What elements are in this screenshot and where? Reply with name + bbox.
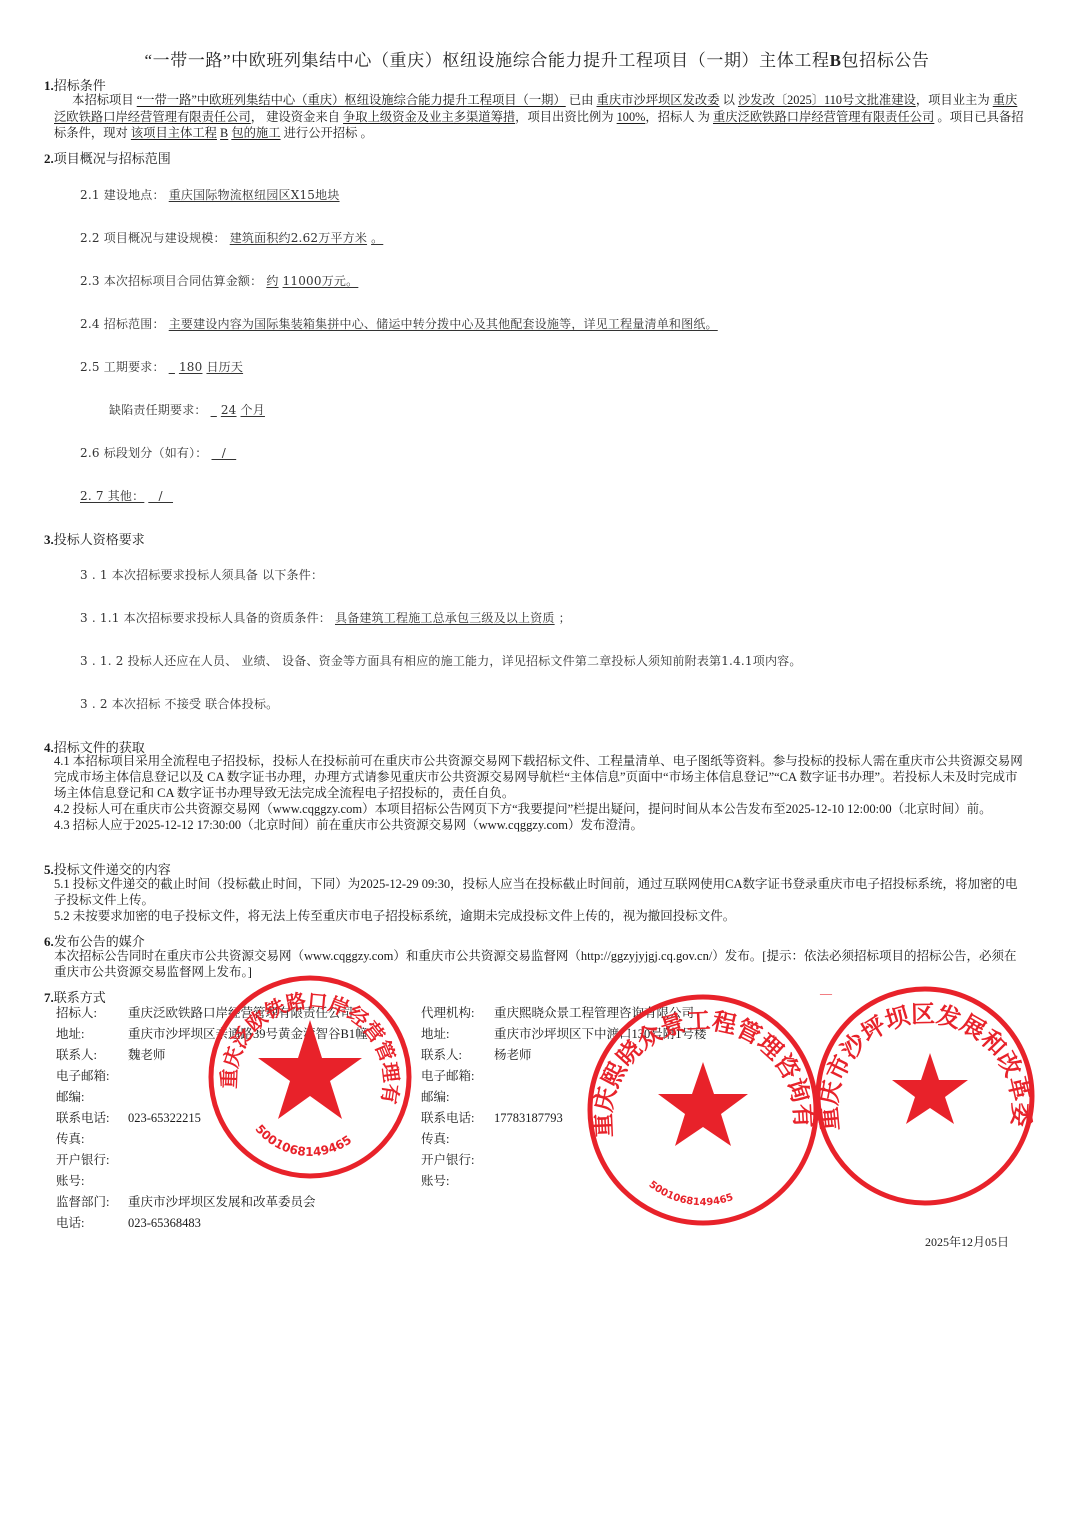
title-bold-letter: B <box>830 51 842 70</box>
contact-value: 重庆市沙坪坝区亲通路39号黄金湾智谷B1幢 <box>128 1024 368 1045</box>
svg-text:5001068149465: 5001068149465 <box>252 1122 354 1159</box>
qualification: 具备建筑工程施工总承包三级及以上资质 <box>335 611 555 625</box>
item-2-1: 2.1 建设地点： 重庆国际物流枢纽园区X15地块 <box>80 186 340 203</box>
contact-value: 17783187793 <box>494 1108 563 1129</box>
item-defect-period: 缺陷责任期要求： _ 24 个月 <box>109 401 265 418</box>
approval-doc: 沙发改〔2025〕110号文批准建设 <box>738 93 916 107</box>
item-3-1-2: 3 . 1. 2 投标人还应在人员、 业绩、 设备、资金等方面具有相应的施工能力… <box>80 652 802 669</box>
section1-body: 本招标项目 “一带一路”中欧班列集结中心（重庆）枢纽设施综合能力提升工程项目（一… <box>54 92 1029 142</box>
contact-label: 联系电话: <box>421 1108 474 1129</box>
red-mark: — <box>820 986 832 1001</box>
defect-liability-period: 24 <box>221 403 237 417</box>
contact-value: 重庆熙晓众景工程管理咨询有限公司 <box>494 1003 694 1024</box>
tender-scope: 主要建设内容为国际集装箱集拼中心、储运中转分拨中心及其他配套设施等，详见工程量清… <box>169 317 718 331</box>
section3-heading: 3.投标人资格要求 <box>44 529 145 548</box>
tender-notice-page: “一带一路”中欧班列集结中心（重庆）枢纽设施综合能力提升工程项目（一期）主体工程… <box>0 0 1074 1520</box>
contact-label: 代理机构: <box>421 1003 474 1024</box>
construction-site: 重庆国际物流枢纽园区X15地块 <box>169 188 340 202</box>
contact-value: 重庆市沙坪坝区发展和改革委员会 <box>128 1192 316 1213</box>
contact-label: 传真: <box>421 1129 449 1150</box>
contact-value: 重庆泛欧铁路口岸经营管理有限责任公司 <box>128 1003 353 1024</box>
contact-value: 023-65368483 <box>128 1213 201 1234</box>
contact-label: 开户银行: <box>56 1150 109 1171</box>
item-2-6: 2.6 标段划分（如有）： _ / _ <box>80 444 236 461</box>
section6-body: 本次招标公告同时在重庆市公共资源交易网（www.cqggzy.com）和重庆市公… <box>54 948 1026 980</box>
contact-label: 电子邮箱: <box>56 1066 109 1087</box>
title-suffix: 包招标公告 <box>842 51 930 70</box>
contact-label: 监督部门: <box>56 1192 109 1213</box>
contact-label: 邮编: <box>56 1087 84 1108</box>
construction-period: 180 <box>179 360 203 374</box>
section6-p1: 本次招标公告同时在重庆市公共资源交易网（www.cqggzy.com）和重庆市公… <box>54 948 1026 980</box>
contact-label: 邮编: <box>421 1087 449 1108</box>
approver: 重庆市沙坪坝区发改委 <box>597 93 720 107</box>
funding-ratio: 100% <box>617 110 646 124</box>
item-2-2: 2.2 项目概况与建设规模： 建筑面积约2.62万平方米 。 <box>80 229 383 246</box>
section5-p2: 5.2 未按要求加密的电子投标文件，将无法上传至重庆市电子招投标系统，逾期未完成… <box>54 908 1026 924</box>
contact-label: 电子邮箱: <box>421 1066 474 1087</box>
item-3-1: 3 . 1 本次招标要求投标人须具备 以下条件： <box>80 566 323 583</box>
contact-label: 联系人: <box>421 1045 462 1066</box>
section2-heading: 2.项目概况与招标范围 <box>44 148 171 167</box>
section4-p3: 4.3 招标人应于2025-12-12 17:30:00（北京时间）前在重庆市公… <box>54 817 1026 833</box>
svg-text:重庆市沙坪坝区发展和改革委员会: 重庆市沙坪坝区发展和改革委员会 <box>812 983 1035 1132</box>
contact-label: 账号: <box>56 1171 84 1192</box>
item-2-3: 2.3 本次招标项目合同估算金额： 约 11000万元。 <box>80 272 358 289</box>
contact-value: 杨老师 <box>494 1045 532 1066</box>
funding-source: 争取上级资金及业主多渠道筹措 <box>343 110 515 124</box>
contact-label: 账号: <box>421 1171 449 1192</box>
contact-value: 魏老师 <box>128 1045 166 1066</box>
item-3-2: 3 . 2 本次招标 不接受 联合体投标。 <box>80 695 278 712</box>
contact-label: 联系电话: <box>56 1108 109 1129</box>
section5-p1: 5.1 投标文件递交的截止时间（投标截止时间，下同）为2025-12-29 09… <box>54 876 1026 908</box>
building-area: 建筑面积约2.62万平方米 <box>230 231 367 245</box>
contact-label: 招标人: <box>56 1003 97 1024</box>
tenderer-name: 重庆泛欧铁路口岸经营管理有限责任公司 <box>713 110 934 124</box>
contact-label: 开户银行: <box>421 1150 474 1171</box>
item-3-1-1: 3 . 1.1 本次招标要求投标人具备的资质条件： 具备建筑工程施工总承包三级及… <box>80 609 571 626</box>
lot-division: _ / _ <box>212 446 237 460</box>
authority-seal-icon: 重庆市沙坪坝区发展和改革委员会 <box>812 983 1038 1209</box>
contact-label: 地址: <box>56 1024 84 1045</box>
item-2-7: 2. 7 其他： _ / _ <box>80 487 173 504</box>
project-name: “一带一路”中欧班列集结中心（重庆）枢纽设施综合能力提升工程项目（一期） <box>137 93 566 107</box>
page-title: “一带一路”中欧班列集结中心（重庆）枢纽设施综合能力提升工程项目（一期）主体工程… <box>0 46 1074 71</box>
contact-value: 重庆市沙坪坝区下中渡口130号附1号楼 <box>494 1024 707 1045</box>
issue-date: 2025年12月05日 <box>925 1233 1009 1250</box>
other: _ / _ <box>148 489 173 503</box>
contact-value: 023-65322215 <box>128 1108 201 1129</box>
estimated-amount: 11000万元。 <box>283 274 359 288</box>
svg-text:5001068149465: 5001068149465 <box>647 1179 735 1208</box>
contact-label: 地址: <box>421 1024 449 1045</box>
section4-p1: 4.1 本招标项目采用全流程电子招投标，投标人在投标前可在重庆市公共资源交易网下… <box>54 753 1026 801</box>
contact-label: 传真: <box>56 1129 84 1150</box>
section5-body: 5.1 投标文件递交的截止时间（投标截止时间，下同）为2025-12-29 09… <box>54 876 1026 924</box>
section4-p2: 4.2 投标人可在重庆市公共资源交易网（www.cqggzy.com）本项目招标… <box>54 801 1026 817</box>
item-2-4: 2.4 招标范围： 主要建设内容为国际集装箱集拼中心、储运中转分拨中心及其他配套… <box>80 315 718 332</box>
contact-label: 联系人: <box>56 1045 97 1066</box>
title-text: “一带一路”中欧班列集结中心（重庆）枢纽设施综合能力提升工程项目（一期）主体工程 <box>144 51 829 70</box>
item-2-5: 2.5 工期要求： _ 180 日历天 <box>80 358 243 375</box>
contact-label: 电话: <box>56 1213 84 1234</box>
section4-body: 4.1 本招标项目采用全流程电子招投标，投标人在投标前可在重庆市公共资源交易网下… <box>54 753 1026 833</box>
